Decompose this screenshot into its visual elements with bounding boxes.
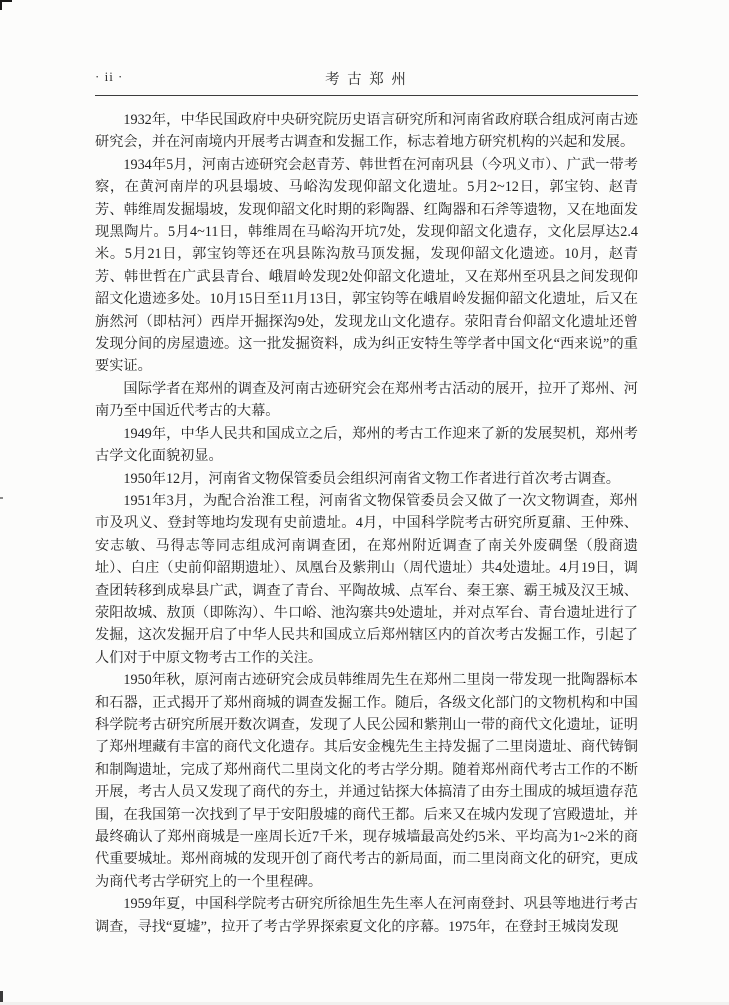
paragraph-1932: 1932年，中华民国政府中央研究院历史语言研究所和河南省政府联合组成河南古迹研究… (95, 109, 638, 154)
page-content: · ii · 考 古 郑 州 1932年，中华民国政府中央研究院历史语言研究所和… (95, 66, 638, 938)
body-text: 1932年，中华民国政府中央研究院历史语言研究所和河南省政府联合组成河南古迹研究… (95, 109, 638, 938)
paragraph-1950-dec: 1950年12月，河南省文物保管委员会组织河南省文物工作者进行首次考古调查。 (95, 468, 638, 490)
paragraph-1951: 1951年3月，为配合治淮工程，河南省文物保管委员会又做了一次文物调查，郑州市及… (95, 490, 638, 669)
scanned-book-page: · ii · 考 古 郑 州 1932年，中华民国政府中央研究院历史语言研究所和… (0, 0, 729, 1005)
running-title: 考 古 郑 州 (95, 66, 638, 89)
scan-left-edge-artifact (0, 497, 3, 499)
page-number: · ii · (95, 69, 123, 85)
paragraph-1950-autumn: 1950年秋，原河南古迹研究会成员韩维周先生在郑州二里岗一带发现一批陶器标本和石… (95, 669, 638, 893)
paragraph-1934: 1934年5月，河南古迹研究会赵青芳、韩世哲在河南巩县（今巩义市）、广武一带考察… (95, 154, 638, 378)
page-header: · ii · 考 古 郑 州 (95, 66, 638, 88)
paragraph-1959: 1959年夏，中国科学院考古研究所徐旭生先生率人在河南登封、巩县等地进行考古调查… (95, 893, 638, 938)
scan-corner-crop-mark-horizontal (0, 0, 12, 2)
paragraph-international-scholars: 国际学者在郑州的调查及河南古迹研究会在郑州考古活动的展开，拉开了郑州、河南乃至中… (95, 378, 638, 423)
paragraph-1949: 1949年，中华人民共和国成立之后，郑州的考古工作迎来了新的发展契机，郑州考古学… (95, 423, 638, 468)
header-rule (95, 95, 638, 96)
